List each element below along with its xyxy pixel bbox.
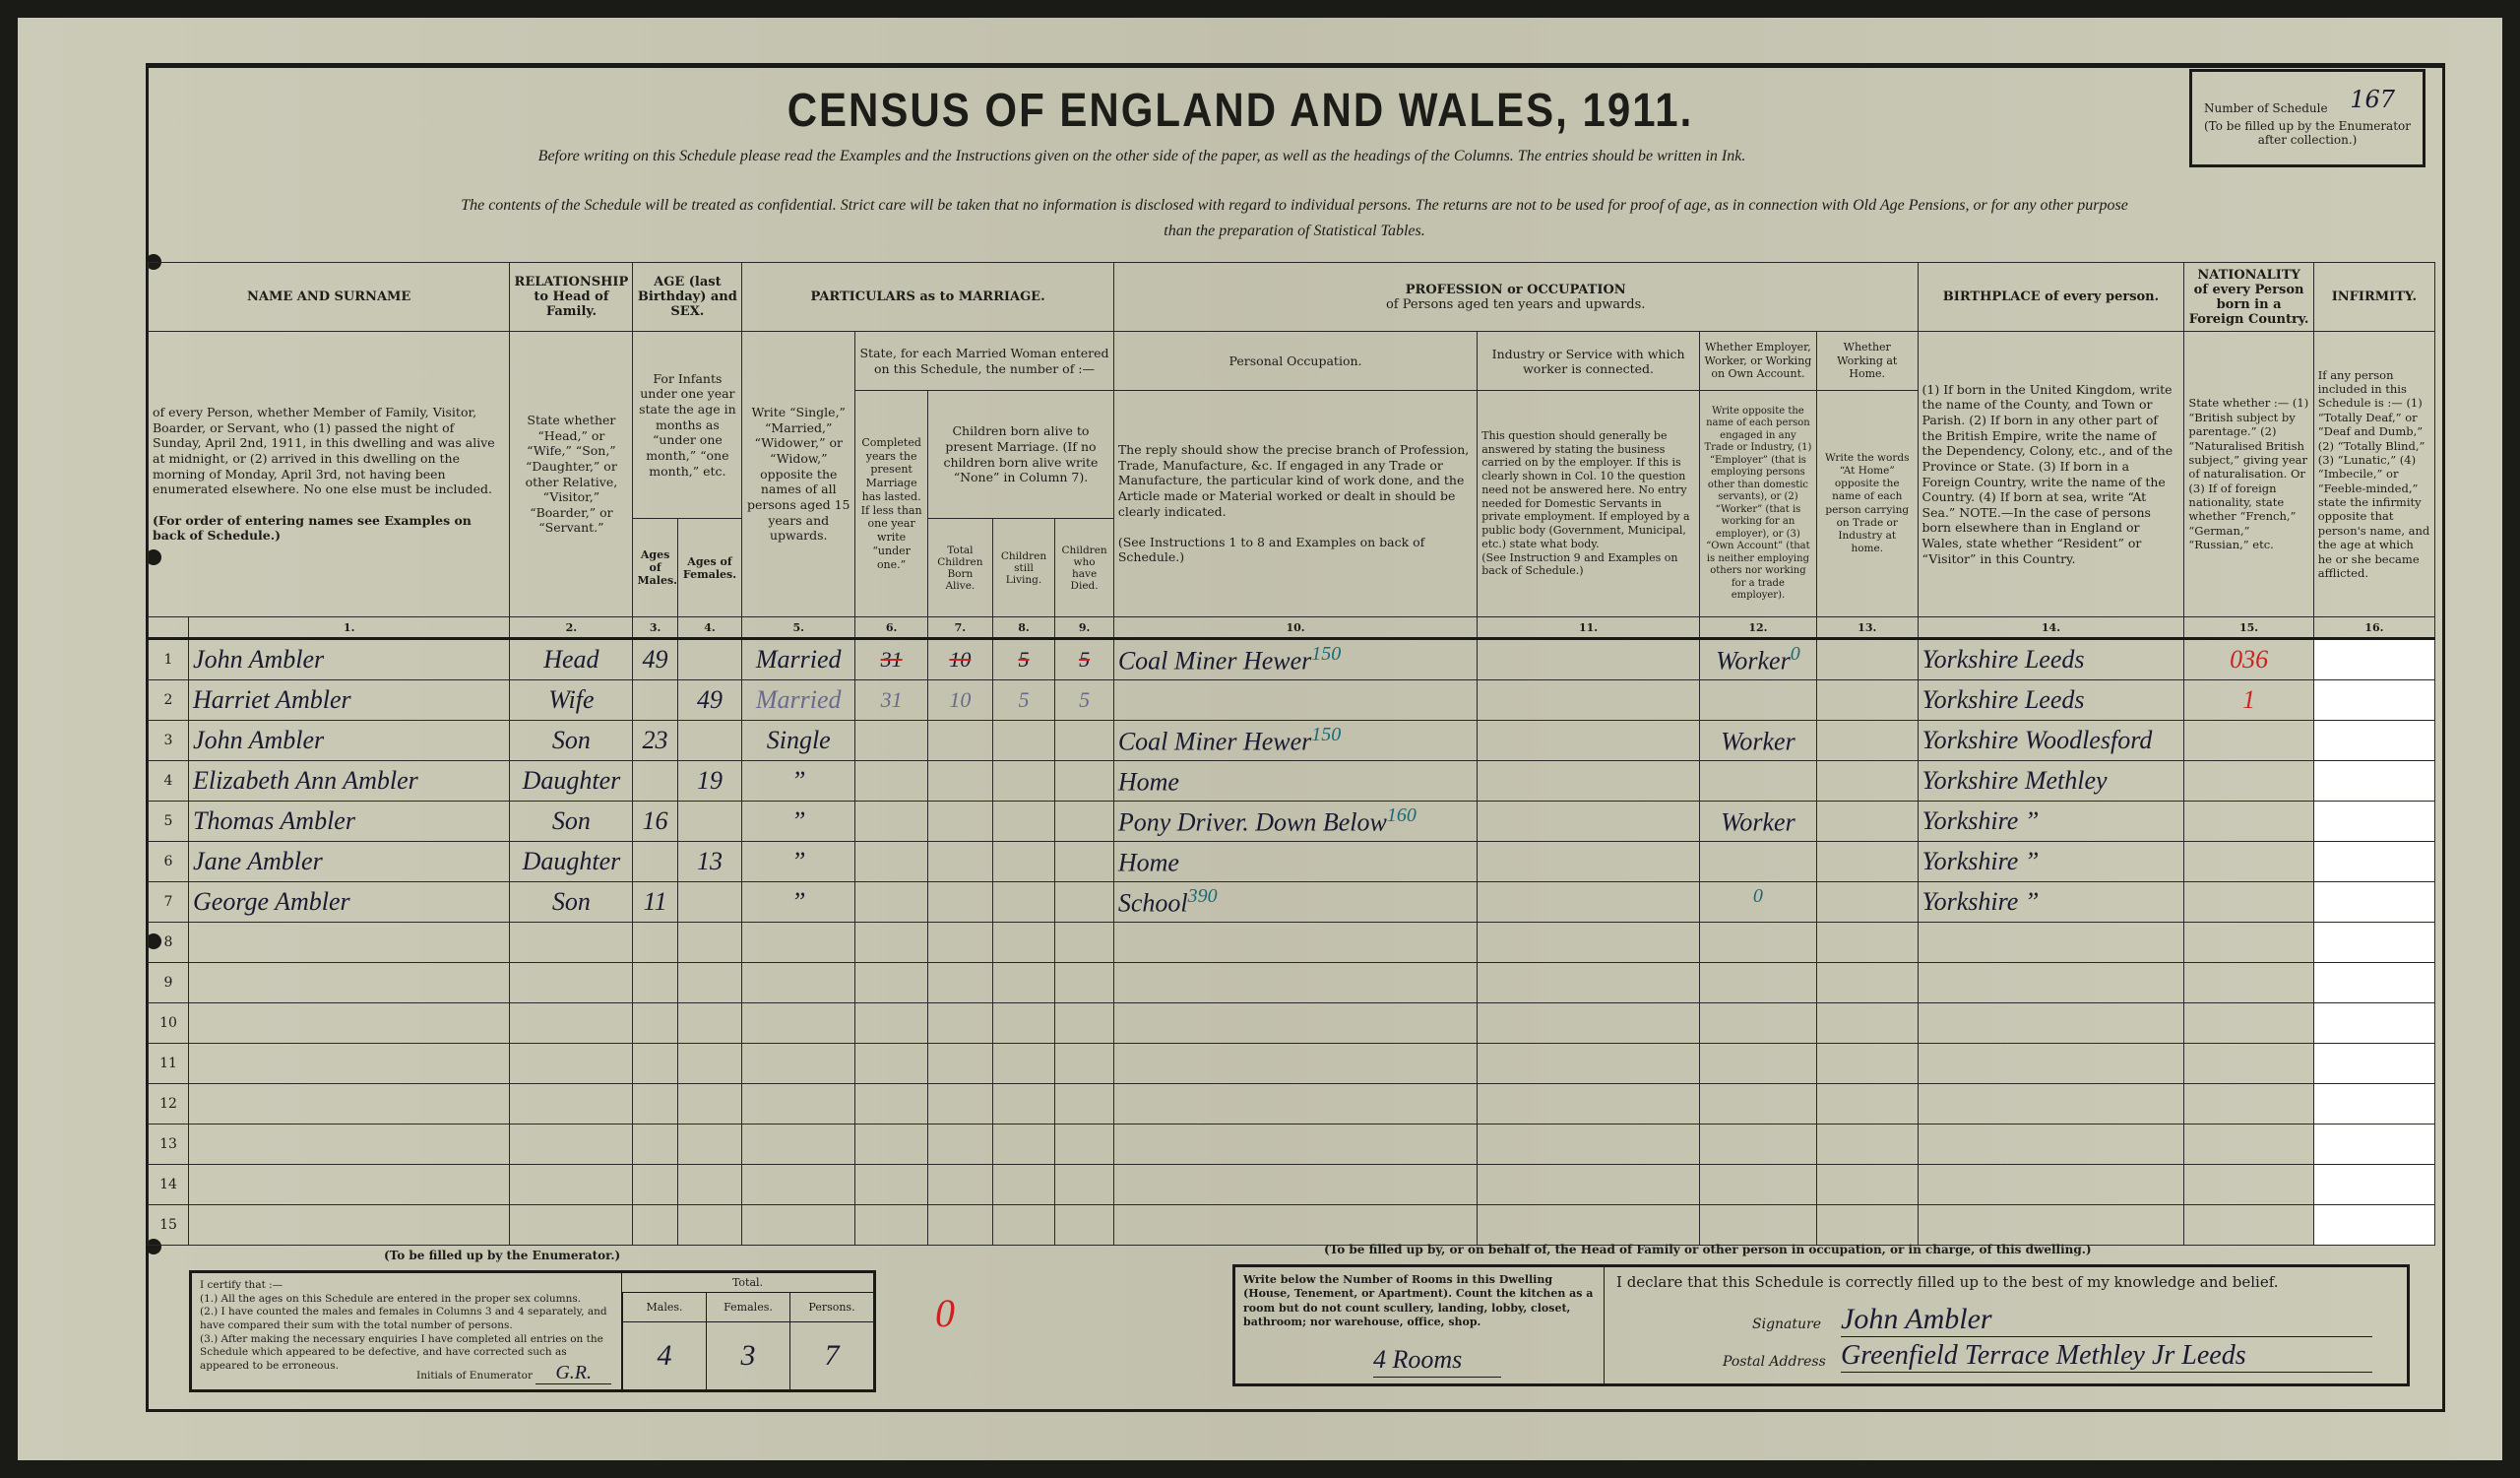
cell-female (677, 1205, 742, 1246)
cell-employer (1699, 1044, 1816, 1084)
cell-home (1816, 882, 1918, 923)
cell-living (992, 761, 1055, 802)
cell-inf (2313, 1044, 2434, 1084)
cell-female (677, 882, 742, 923)
table-row: 11 (149, 1044, 2435, 1084)
table-row: 2Harriet AmblerWife49Married311055Yorksh… (149, 680, 2435, 721)
cell-male (633, 842, 677, 882)
occupation-subtitle: of Persons aged ten years and upwards. (1386, 297, 1645, 312)
persons-label: Persons. (789, 1293, 873, 1322)
cell-female (677, 1125, 742, 1165)
cell-industry (1478, 721, 1700, 761)
cell-female: 49 (677, 680, 742, 721)
cell-nat (2184, 923, 2313, 963)
table-row: 15 (149, 1205, 2435, 1246)
header-name: NAME AND SURNAME (149, 263, 510, 332)
col-num: 12. (1699, 617, 1816, 639)
row-number: 8 (149, 923, 189, 963)
cell-inf (2313, 1084, 2434, 1125)
cell-birth (1918, 923, 2184, 963)
table-row: 10 (149, 1003, 2435, 1044)
table-row: 6Jane AmblerDaughter13”HomeYorkshire ” (149, 842, 2435, 882)
head-of-family-box: Write below the Number of Rooms in this … (1232, 1264, 2410, 1386)
cell-female: 19 (677, 761, 742, 802)
cell-living (992, 923, 1055, 963)
occupation-title: PROFESSION or OCCUPATION (1406, 283, 1626, 297)
cell-female (677, 721, 742, 761)
occupation-text: Pony Driver. Down Below (1118, 808, 1387, 837)
person-rows: 1John AmblerHead49Married311055Coal Mine… (149, 639, 2435, 1246)
row-number: 15 (149, 1205, 189, 1246)
cell-home (1816, 680, 1918, 721)
certify-label: I certify that :— (200, 1279, 613, 1293)
cell-rel (510, 1205, 633, 1246)
cell-female (677, 963, 742, 1003)
cell-cond (742, 1044, 855, 1084)
cell-male: 11 (633, 882, 677, 923)
cell-name (189, 1084, 510, 1125)
cell-industry (1478, 1205, 1700, 1246)
cell-employer (1699, 842, 1816, 882)
cell-occ (1113, 1125, 1477, 1165)
cell-birth: Yorkshire ” (1918, 842, 2184, 882)
cell-birth (1918, 1125, 2184, 1165)
row-number: 9 (149, 963, 189, 1003)
cell-name (189, 963, 510, 1003)
table-row: 1John AmblerHead49Married311055Coal Mine… (149, 639, 2435, 680)
instr-years-married: Completed years the present Marriage has… (855, 391, 928, 617)
cell-total: 10 (928, 680, 993, 721)
cell-nat (2184, 842, 2313, 882)
cell-cond: Married (742, 680, 855, 721)
cell-industry (1478, 1084, 1700, 1125)
cell-died (1055, 923, 1114, 963)
cell-home (1816, 1205, 1918, 1246)
cell-rel: Wife (510, 680, 633, 721)
row-number: 1 (149, 639, 189, 680)
cell-female (677, 923, 742, 963)
cell-rel: Daughter (510, 842, 633, 882)
cell-female (677, 1084, 742, 1125)
cell-female (677, 1044, 742, 1084)
cell-nat: 036 (2184, 639, 2313, 680)
cell-years (855, 842, 928, 882)
cell-employer (1699, 761, 1816, 802)
cell-male (633, 1044, 677, 1084)
cell-female: 13 (677, 842, 742, 882)
schedule-number-label: Number of Schedule (2204, 101, 2328, 115)
col-num: 11. (1478, 617, 1700, 639)
cell-cond (742, 1003, 855, 1044)
cell-years (855, 1125, 928, 1165)
cell-birth (1918, 1165, 2184, 1205)
employer-code: 0 (1791, 643, 1800, 665)
cell-occ (1113, 963, 1477, 1003)
cell-living: 5 (992, 680, 1055, 721)
cell-inf (2313, 1165, 2434, 1205)
cell-birth (1918, 1084, 2184, 1125)
instr-home: Write the words “At Home” opposite the n… (1816, 391, 1918, 617)
cell-male: 49 (633, 639, 677, 680)
cell-total (928, 1084, 993, 1125)
cell-name: Elizabeth Ann Ambler (189, 761, 510, 802)
cell-nat (2184, 963, 2313, 1003)
cell-died (1055, 1003, 1114, 1044)
rooms-instructions: Write below the Number of Rooms in this … (1243, 1273, 1596, 1329)
cell-living: 5 (992, 639, 1055, 680)
occupation-text: School (1118, 889, 1188, 918)
row-number: 3 (149, 721, 189, 761)
row-number: 4 (149, 761, 189, 802)
cell-died (1055, 963, 1114, 1003)
cell-employer (1699, 1003, 1816, 1044)
cell-name: Thomas Ambler (189, 802, 510, 842)
cell-name (189, 923, 510, 963)
header-females: Ages of Females. (677, 519, 742, 617)
col-num: 15. (2184, 617, 2313, 639)
cell-cond: Married (742, 639, 855, 680)
table-row: 12 (149, 1084, 2435, 1125)
cell-home (1816, 1165, 1918, 1205)
cell-occ: School390 (1113, 882, 1477, 923)
employer-text: Worker (1721, 808, 1795, 837)
row-number: 6 (149, 842, 189, 882)
cell-cond (742, 1084, 855, 1125)
total-label: Total. (622, 1273, 873, 1293)
cell-birth (1918, 1044, 2184, 1084)
cell-died (1055, 842, 1114, 882)
cell-rel (510, 1125, 633, 1165)
cell-cond (742, 1205, 855, 1246)
cell-nat (2184, 1044, 2313, 1084)
header-home: Whether Working at Home. (1816, 332, 1918, 391)
cell-inf (2313, 963, 2434, 1003)
cell-inf (2313, 721, 2434, 761)
instr-married-woman: State, for each Married Woman entered on… (855, 332, 1114, 391)
cell-female (677, 639, 742, 680)
header-infirmity: INFIRMITY. (2313, 263, 2434, 332)
cell-birth: Yorkshire Woodlesford (1918, 721, 2184, 761)
cell-employer: Worker (1699, 721, 1816, 761)
cell-died (1055, 1165, 1114, 1205)
cell-industry (1478, 882, 1700, 923)
cell-cond: ” (742, 761, 855, 802)
occupation-text: Coal Miner Hewer (1118, 728, 1311, 756)
cell-name: John Ambler (189, 721, 510, 761)
cell-nat (2184, 761, 2313, 802)
page-title: CENSUS OF ENGLAND AND WALES, 1911. (748, 83, 1732, 137)
cell-cond: Single (742, 721, 855, 761)
cell-birth (1918, 1003, 2184, 1044)
cell-years (855, 923, 928, 963)
schedule-number-value: 167 (2350, 86, 2395, 113)
cell-occ (1113, 1084, 1477, 1125)
cell-male (633, 1125, 677, 1165)
instr-nationality: State whether :— (1) “British subject by… (2184, 332, 2313, 617)
occupation-text: Home (1118, 768, 1179, 797)
cell-living (992, 1084, 1055, 1125)
cell-rel: Son (510, 802, 633, 842)
cell-died (1055, 802, 1114, 842)
col-num: 14. (1918, 617, 2184, 639)
cell-home (1816, 963, 1918, 1003)
cell-inf (2313, 923, 2434, 963)
cell-years (855, 1044, 928, 1084)
cell-died (1055, 761, 1114, 802)
cell-years: 31 (855, 639, 928, 680)
cell-home (1816, 842, 1918, 882)
cell-nat (2184, 1205, 2313, 1246)
cell-rel: Daughter (510, 761, 633, 802)
cell-total (928, 1205, 993, 1246)
cell-living (992, 842, 1055, 882)
cell-occ: Home (1113, 761, 1477, 802)
cell-years: 31 (855, 680, 928, 721)
cell-occ (1113, 1205, 1477, 1246)
cell-male (633, 680, 677, 721)
cell-inf (2313, 761, 2434, 802)
cell-years (855, 761, 928, 802)
col-num: 9. (1055, 617, 1114, 639)
cell-occ (1113, 1003, 1477, 1044)
table-row: 4Elizabeth Ann AmblerDaughter19”HomeYork… (149, 761, 2435, 802)
cell-nat (2184, 1125, 2313, 1165)
col-num: 3. (633, 617, 677, 639)
table-row: 5Thomas AmblerSon16”Pony Driver. Down Be… (149, 802, 2435, 842)
header-relationship: RELATIONSHIP to Head of Family. (510, 263, 633, 332)
cell-birth: Yorkshire Leeds (1918, 680, 2184, 721)
col-num: 2. (510, 617, 633, 639)
header-age: AGE (last Birthday) and SEX. (633, 263, 742, 332)
cell-living (992, 1125, 1055, 1165)
females-label: Females. (706, 1293, 789, 1322)
col-num: 13. (1816, 617, 1918, 639)
cell-male (633, 923, 677, 963)
header-birthplace: BIRTHPLACE of every person. (1918, 263, 2184, 332)
cell-name (189, 1205, 510, 1246)
cell-rel (510, 923, 633, 963)
cell-male (633, 1205, 677, 1246)
cell-industry (1478, 963, 1700, 1003)
cell-years (855, 721, 928, 761)
cell-industry (1478, 802, 1700, 842)
cell-name: Harriet Ambler (189, 680, 510, 721)
enumerator-certificate: I certify that :— (1.) All the ages on t… (189, 1270, 876, 1392)
cell-industry (1478, 842, 1700, 882)
instr-children: Children born alive to present Marriage.… (928, 391, 1114, 519)
cell-employer (1699, 963, 1816, 1003)
occupation-code: 150 (1311, 643, 1341, 665)
cell-nat (2184, 1003, 2313, 1044)
cell-occ: Coal Miner Hewer150 (1113, 721, 1477, 761)
cell-birth: Yorkshire ” (1918, 882, 2184, 923)
cell-occ: Pony Driver. Down Below160 (1113, 802, 1477, 842)
cell-employer (1699, 1205, 1816, 1246)
cell-inf (2313, 802, 2434, 842)
cell-home (1816, 1044, 1918, 1084)
header-marriage: PARTICULARS as to MARRIAGE. (742, 263, 1114, 332)
cell-inf (2313, 680, 2434, 721)
employer-text: Worker (1721, 728, 1795, 756)
schedule-number-box: Number of Schedule 167 (To be filled up … (2189, 69, 2425, 167)
cell-living (992, 1044, 1055, 1084)
cell-employer: 0 (1699, 882, 1816, 923)
cell-living (992, 963, 1055, 1003)
cell-total (928, 842, 993, 882)
row-number: 12 (149, 1084, 189, 1125)
col-num: 5. (742, 617, 855, 639)
cell-total (928, 1003, 993, 1044)
declaration-text: I declare that this Schedule is correctl… (1616, 1273, 2395, 1291)
col-num: 16. (2313, 617, 2434, 639)
head-of-family-heading: (To be filled up by, or on behalf of, th… (1324, 1243, 2092, 1256)
cell-total (928, 802, 993, 842)
cell-inf (2313, 842, 2434, 882)
header-personal-occupation: Personal Occupation. (1113, 332, 1477, 391)
cell-inf (2313, 1125, 2434, 1165)
row-number: 5 (149, 802, 189, 842)
cell-nat (2184, 882, 2313, 923)
table-row: 8 (149, 923, 2435, 963)
header-males: Ages of Males. (633, 519, 677, 617)
red-mark: 0 (935, 1290, 955, 1336)
declaration-section: I declare that this Schedule is correctl… (1605, 1267, 2407, 1383)
cell-rel: Head (510, 639, 633, 680)
cell-years (855, 1205, 928, 1246)
table-row: 14 (149, 1165, 2435, 1205)
cell-industry (1478, 1003, 1700, 1044)
header-occupation: PROFESSION or OCCUPATIONof Persons aged … (1113, 263, 1918, 332)
cell-nat (2184, 1084, 2313, 1125)
occupation-text: Home (1118, 849, 1179, 877)
cell-cond: ” (742, 882, 855, 923)
cell-male (633, 1003, 677, 1044)
cell-years (855, 963, 928, 1003)
cell-industry (1478, 761, 1700, 802)
cell-living (992, 882, 1055, 923)
col-num-blank (149, 617, 189, 639)
cell-died (1055, 882, 1114, 923)
cell-home (1816, 1084, 1918, 1125)
cell-nat (2184, 1165, 2313, 1205)
cell-home (1816, 761, 1918, 802)
header-nationality: NATIONALITY of every Person born in a Fo… (2184, 263, 2313, 332)
cell-home (1816, 721, 1918, 761)
total-persons: 7 (789, 1322, 873, 1389)
rooms-value: 4 Rooms (1373, 1343, 1501, 1378)
cell-died (1055, 1044, 1114, 1084)
cell-employer (1699, 680, 1816, 721)
cell-inf (2313, 639, 2434, 680)
col-num: 7. (928, 617, 993, 639)
cell-died (1055, 1205, 1114, 1246)
instr-industry: This question should generally be answer… (1478, 391, 1700, 617)
certify-item: (1.) All the ages on this Schedule are e… (200, 1293, 613, 1307)
cell-rel (510, 1084, 633, 1125)
rooms-section: Write below the Number of Rooms in this … (1235, 1267, 1605, 1383)
cell-employer: Worker (1699, 802, 1816, 842)
cell-total (928, 963, 993, 1003)
cell-total (928, 1165, 993, 1205)
cell-cond (742, 963, 855, 1003)
cell-employer (1699, 1084, 1816, 1125)
address-label: Postal Address (1723, 1354, 1826, 1370)
cell-total: 10 (928, 639, 993, 680)
instr-condition: Write “Single,” “Married,” “Widower,” or… (742, 332, 855, 617)
cell-total (928, 1044, 993, 1084)
cell-industry (1478, 1044, 1700, 1084)
row-number: 13 (149, 1125, 189, 1165)
header-children-died: Children who have Died. (1055, 519, 1114, 617)
cell-died: 5 (1055, 680, 1114, 721)
cell-years (855, 1003, 928, 1044)
signature-label: Signature (1752, 1317, 1821, 1332)
row-number: 14 (149, 1165, 189, 1205)
occupation-text: Coal Miner Hewer (1118, 647, 1311, 675)
cell-nat (2184, 802, 2313, 842)
col-num: 6. (855, 617, 928, 639)
cell-industry (1478, 1165, 1700, 1205)
initials-value: G.R. (535, 1362, 611, 1384)
occupation-code: 150 (1311, 724, 1341, 745)
cell-cond (742, 923, 855, 963)
header-children-living: Children still Living. (992, 519, 1055, 617)
cell-died (1055, 1125, 1114, 1165)
table-row: 7George AmblerSon11”School3900Yorkshire … (149, 882, 2435, 923)
cell-occ: Coal Miner Hewer150 (1113, 639, 1477, 680)
cell-female (677, 802, 742, 842)
cell-total (928, 721, 993, 761)
occupation-code: 160 (1387, 804, 1417, 826)
cell-years (855, 882, 928, 923)
instruction-line: Before writing on this Schedule please r… (374, 148, 1910, 165)
cell-rel: Son (510, 721, 633, 761)
table-row: 13 (149, 1125, 2435, 1165)
cell-name (189, 1165, 510, 1205)
column-number-row: 1. 2. 3. 4. 5. 6. 7. 8. 9. 10. 11. 12. 1… (149, 617, 2435, 639)
instr-personal-occupation: The reply should show the precise branch… (1113, 391, 1477, 617)
cell-living (992, 1003, 1055, 1044)
cell-name (189, 1125, 510, 1165)
cell-inf (2313, 1003, 2434, 1044)
household-table: NAME AND SURNAME RELATIONSHIP to Head of… (148, 262, 2435, 1246)
instr-name: of every Person, whether Member of Famil… (149, 332, 510, 617)
cell-died (1055, 1084, 1114, 1125)
cell-birth: Yorkshire Leeds (1918, 639, 2184, 680)
cell-inf (2313, 882, 2434, 923)
cell-occ: Home (1113, 842, 1477, 882)
signature-value: John Ambler (1841, 1303, 2372, 1337)
cell-died (1055, 721, 1114, 761)
cell-industry (1478, 680, 1700, 721)
instr-age: For Infants under one year state the age… (633, 332, 742, 519)
cell-living (992, 1165, 1055, 1205)
cell-birth: Yorkshire Methley (1918, 761, 2184, 802)
table-row: 9 (149, 963, 2435, 1003)
cell-birth (1918, 1205, 2184, 1246)
employer-code: 0 (1753, 885, 1763, 907)
instr-relationship: State whether “Head,” or “Wife,” “Son,” … (510, 332, 633, 617)
confidential-line-2: than the preparation of Statistical Tabl… (157, 223, 2431, 240)
total-females: 3 (706, 1322, 789, 1389)
cell-male (633, 761, 677, 802)
cell-birth: Yorkshire ” (1918, 802, 2184, 842)
total-males: 4 (622, 1322, 706, 1389)
cell-home (1816, 1003, 1918, 1044)
row-number: 11 (149, 1044, 189, 1084)
row-number: 10 (149, 1003, 189, 1044)
cell-occ (1113, 1165, 1477, 1205)
